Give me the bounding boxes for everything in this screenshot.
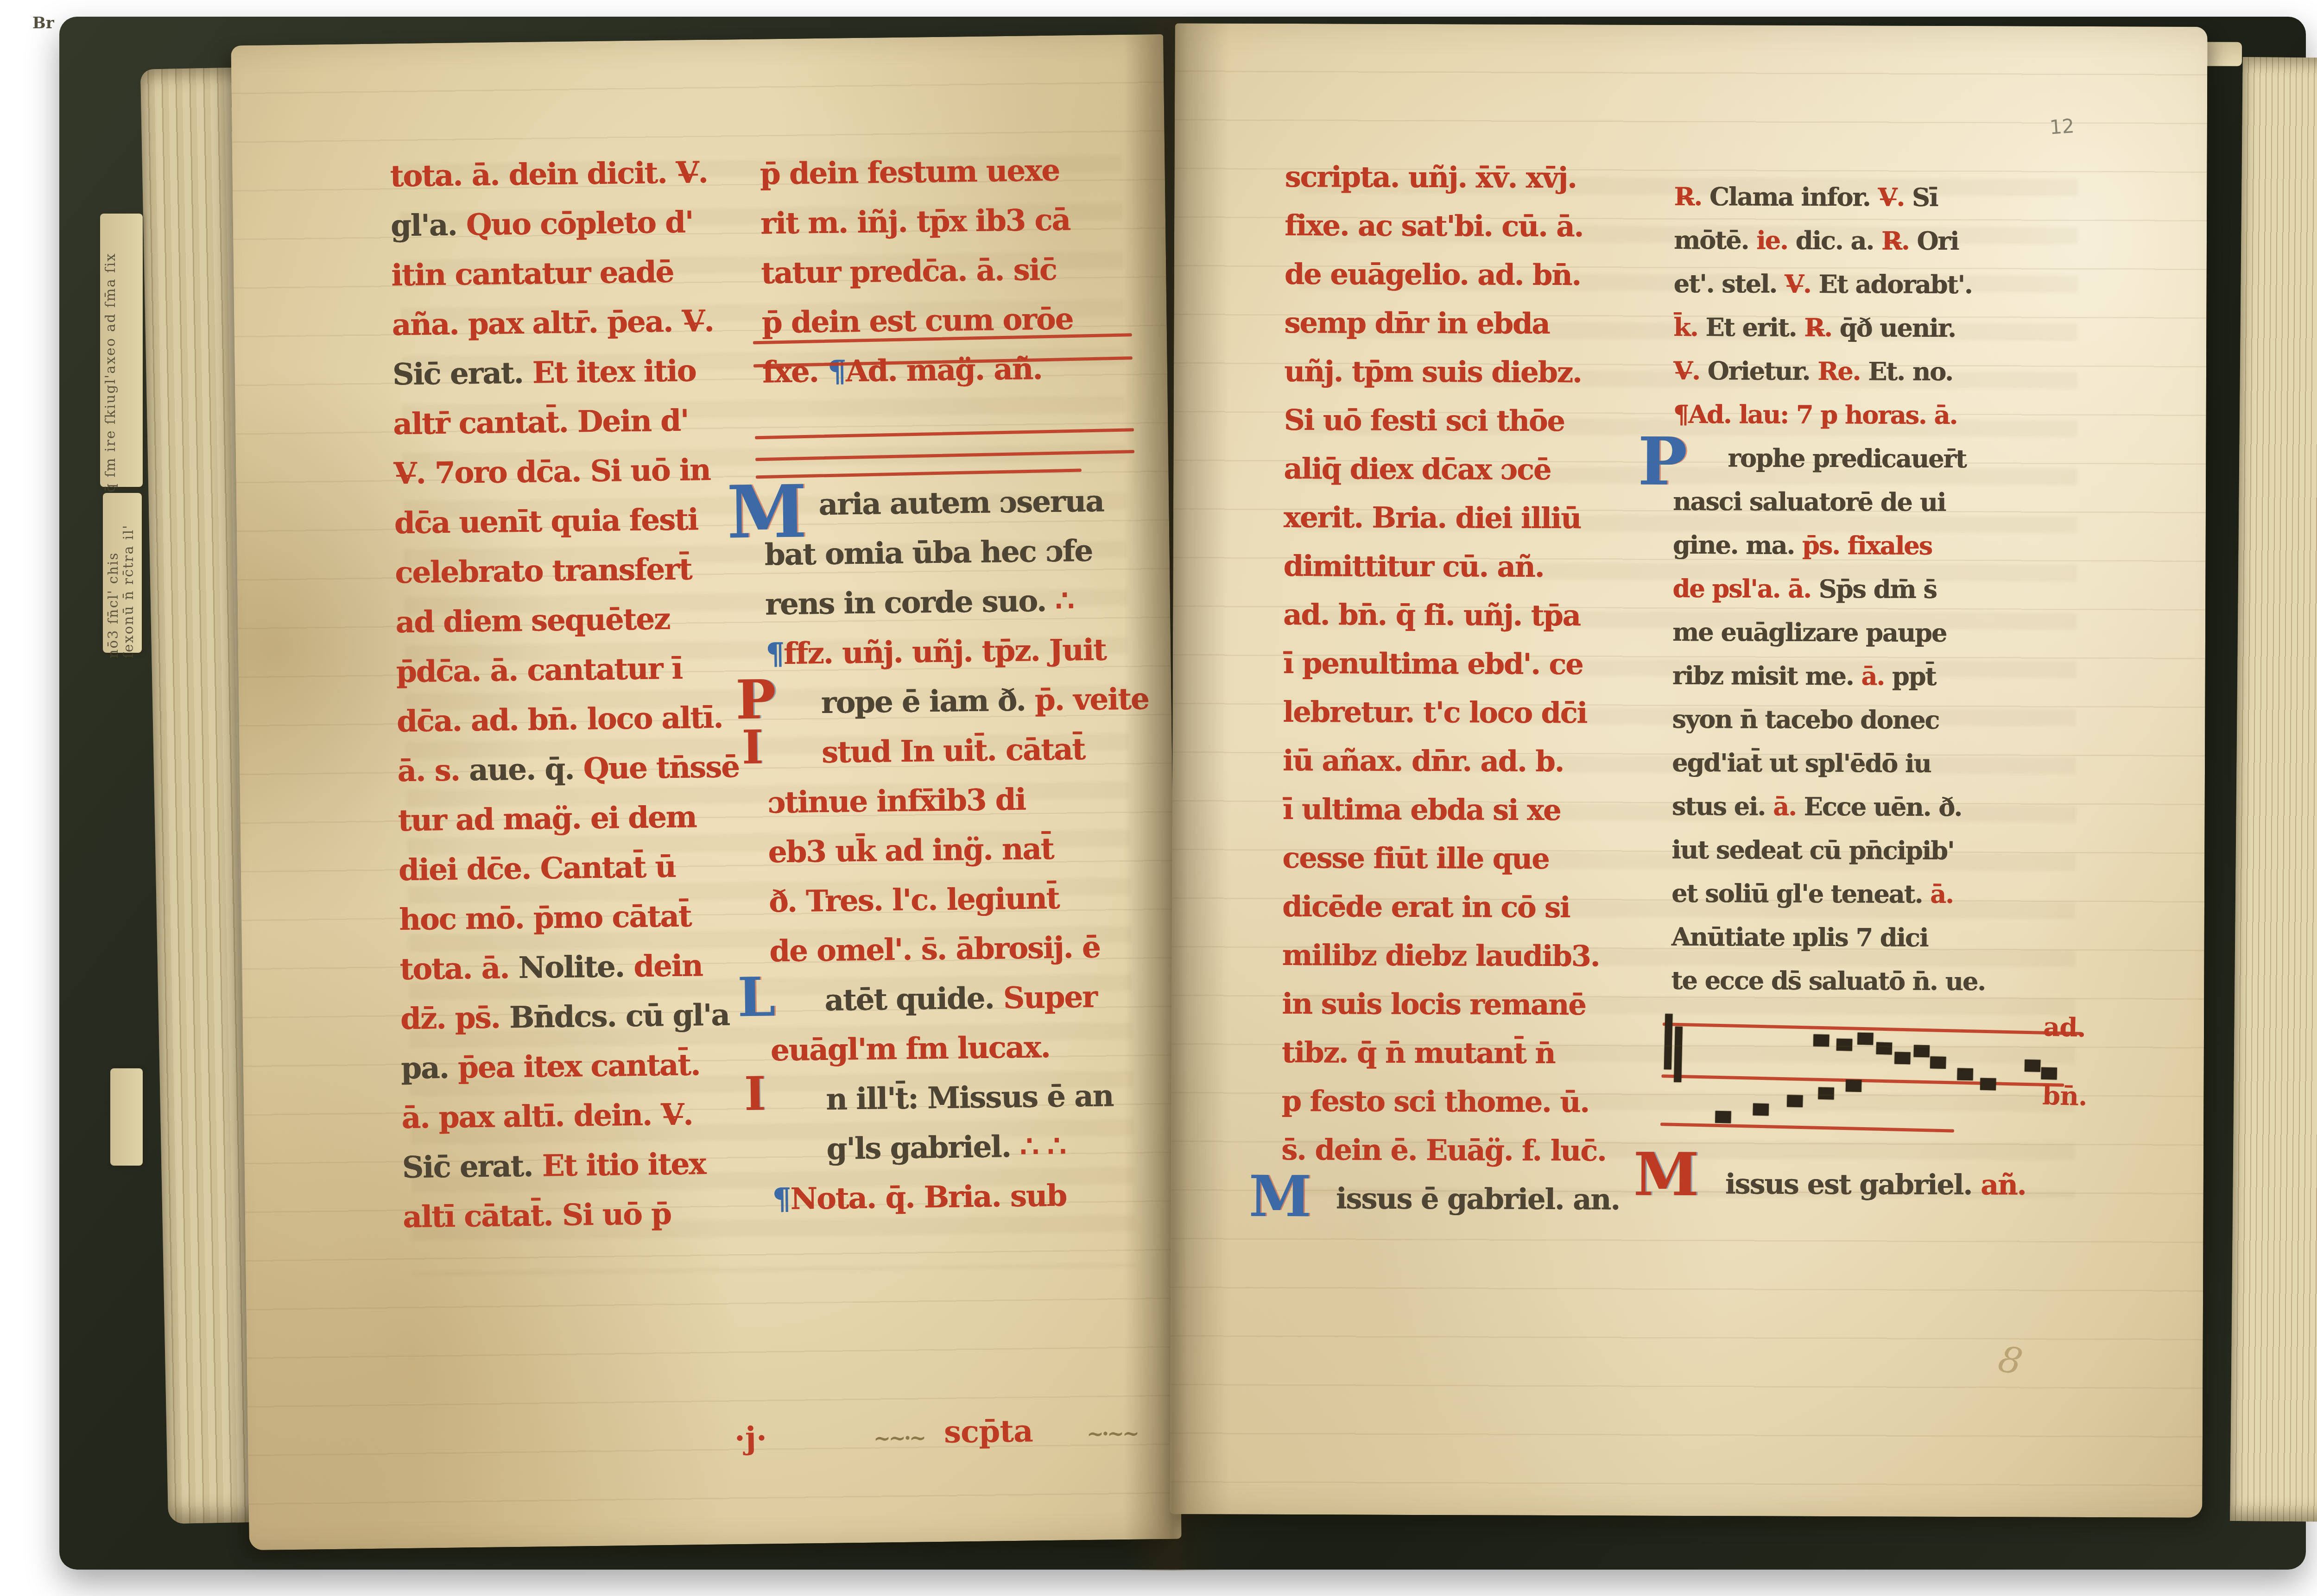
text-line: rens in corde suo. ∴ [765,575,1141,630]
text-segment: gl'a. [391,208,467,243]
left-page: tota. ā. dein dicit. V̶.gl'a. Quo cōplet… [231,34,1182,1550]
text-segment: bat omia ūba hec ɔfe [764,534,1092,573]
text-segment: dic. a. [1795,226,1881,256]
text-line: tur ad mag̈. ei dem [398,791,769,845]
text-segment: atēt quide. [824,981,1003,1018]
text-line: diei dc̄e. Cantat̄ ū [398,841,769,895]
text-segment: rophe predicauer̄t [1728,443,1966,473]
text-segment: rope ē iam ð. [821,683,1035,720]
text-segment: R̶. [1674,182,1709,211]
text-line: Sic̄ erat. Et itio itex [402,1138,773,1192]
neume-note [1674,1027,1683,1082]
page-edges-right [2230,57,2317,1522]
text-segment: euāgl'm fm lucax. [770,1030,1050,1068]
text-line: ā. s. aue. q̄. Que tn̄ssē [397,742,768,796]
text-segment: et soliū gl'e teneat. [1671,878,1930,909]
text-line: stud In uit̄. cātat̄ [766,724,1143,778]
text-segment: issus ē gabriel. an. [1336,1181,1620,1216]
text-line: in suis locis remanē [1282,979,1657,1029]
text-line: et'. stel. V̶. Et adorabt'. [1674,262,2091,307]
text-line: fixe. ac sat'bi. cū. ā. [1285,201,1660,251]
staff-rubric-label: ad. [2043,1012,2086,1043]
text-segment: p̄ea itex cantat̄. [458,1047,700,1085]
text-line: ¶Ad. lau: 7 p horas. ā. [1673,392,2090,437]
text-line: de psl'a. ā. Sp̄s dm̄ s̄ [1672,567,2089,612]
text-line: ī penultima ebd'. ce [1283,639,1659,689]
text-line: de euāgelio. ad. bn̄. [1285,250,1660,300]
text-line: syon n̄ tacebo donec [1672,697,2089,742]
fore-edge-tab [110,1068,143,1166]
text-line: Si uō festi sci thōe [1284,396,1659,446]
text-segment: Et adorabt'. [1818,269,1972,299]
text-line: itin cantatur eadē [391,246,762,300]
text-line: tota. ā. Nolite. dein [399,940,771,994]
text-line: me euāglizare paupe [1672,610,2089,655]
text-line: celebrato transfert̄ [395,543,766,598]
text-segment: Clama infor. [1709,182,1878,212]
text-segment: stus ei. [1672,791,1773,821]
text-segment: itin cantatur eadē [391,255,674,293]
folio-number: 12 [2049,114,2075,139]
text-segment: Ori [1917,226,1958,256]
text-segment: pa. [401,1051,458,1086]
staff-line [753,356,1133,367]
pen-squiggle: ~·~~ [1087,1422,1138,1446]
text-line: issus ē gabriel. an. [1281,1174,1657,1224]
text-segment: ∴ ∴ [1020,1129,1066,1164]
neume-note [1753,1104,1769,1116]
text-line: hoc mō. p̄mo cātat̄ [399,890,770,945]
text-segment: ad diem sequētez [395,602,670,640]
text-line: te ecce ds̄ saluatō n̄. ue. [1671,959,2088,1003]
text-segment: q̄ð uenir. [1839,313,1955,343]
text-segment: rit m. iñj. tp̄x ib3 cā [760,202,1070,241]
illuminated-initial-I-inillud: I [744,1070,766,1117]
text-line: eb3 uk̄ ad ing̈. nat̄ [768,823,1145,877]
text-segment: aña. pax altr̄. p̄ea. V̶. [392,304,714,342]
text-line: issus est gabriel. añ. [1671,1161,2088,1209]
text-segment: Anūtiate ıplis 7 dici [1671,922,1928,953]
text-segment: R̶. [1804,313,1840,342]
text-segment: Si uō festi sci thōe [1284,403,1564,438]
pen-squiggle: ~~·~ [874,1426,925,1450]
text-segment: p̄ dein festum uexe [760,153,1059,192]
text-segment: p̄dc̄a. ā. cantatur ī [396,651,682,690]
text-segment: s̄. dein ē. Euāg̈. f. luc̄. [1281,1133,1606,1167]
text-segment: R̶. [1881,226,1917,255]
text-line: stus ei. ā. Ecce uēn. ð. [1672,784,2089,829]
text-segment: de euāgelio. ad. bn̄. [1285,257,1581,292]
text-line: de omel'. s̄. ābrosij. ē [769,922,1146,976]
neume-note [2041,1067,2057,1080]
text-segment: fixe. ac sat'bi. cū. ā. [1285,208,1583,243]
text-line: altī cātat̄. Si uō p̄ [403,1188,774,1242]
right-column-2-final-line: issus est gabriel. añ. [1671,1161,2088,1209]
text-segment: Re. [1817,356,1868,386]
text-segment: k̄. [1673,312,1705,342]
neume-note [1786,1095,1803,1107]
text-segment: Sic̄ erat. [392,356,532,392]
text-segment: ¶ [772,1182,791,1217]
empty-music-staff [753,333,1135,480]
text-segment: tatur predc̄a. ā. sic̄ [761,252,1057,291]
text-segment: dc̄a uenīt quia festi [394,502,698,541]
text-segment: V̶. [1673,356,1708,385]
text-segment: Que tn̄ssē [583,750,739,786]
text-line: ad diem sequētez [395,593,766,647]
text-line: n ill't̄: Missus ē an [771,1071,1147,1125]
text-segment: iut sedeat cū pn̄cipib' [1671,835,1954,865]
text-line: rophe predicauer̄t [1673,436,2090,481]
text-segment: cesse fiūt ille que [1282,841,1549,876]
text-line: pa. p̄ea itex cantat̄. [401,1039,772,1093]
text-segment: Et erit. [1705,312,1804,342]
text-line: p̄dc̄a. ā. cantatur ī [396,643,767,697]
text-line: lebretur. t'c loco dc̄i [1283,688,1658,738]
text-line: semp dn̄r in ebda [1284,298,1659,348]
right-column-1: scripta. uñj. x̄v̄. xv̄j.fixe. ac sat'bi… [1281,152,1660,1224]
staff-line [1660,1123,1954,1132]
neume-note [1857,1033,1874,1045]
text-line: iut sedeat cū pn̄cipib' [1671,828,2089,873]
neume-note [1957,1068,1973,1081]
text-line: altr̄ cantat̄. Dein d' [393,395,764,449]
text-line: aria autem ɔserua [764,476,1140,530]
text-segment: ie. [1756,226,1796,255]
neume-note [1876,1042,1892,1055]
text-segment: Bn̄dcs. cū gl'a [509,997,729,1035]
text-segment: dein [633,948,703,984]
text-segment: ffz. uñj. uñj. tp̄z. Juit [784,632,1106,671]
neume-note [1813,1035,1830,1047]
neume-note [1846,1079,1862,1092]
text-segment: añ. [1981,1169,2026,1201]
text-segment: ¶ [766,637,784,671]
text-line: ribz misit me. ā. ppt̄ [1672,654,2089,699]
text-line: ð. Tres. l'c. legiunt̄ [768,872,1145,927]
text-line: dz̄. ps̄. Bn̄dcs. cū gl'a [400,990,771,1044]
text-segment: ā. [1861,661,1892,691]
quire-signature: ·j· [734,1420,767,1457]
text-line: dicēde erat in cō si [1282,882,1658,932]
text-segment: aria autem ɔserua [818,484,1104,522]
text-segment: lebretur. t'c loco dc̄i [1283,695,1587,730]
music-staff-with-neumes: ad. bn̄. [1660,1007,2083,1137]
text-line: mōtē. ie. dic. a. R̶. Ori [1674,218,2091,263]
text-segment: ¶Ad. lau: 7 p horas. ā. [1673,399,1957,430]
text-segment: dicēde erat in cō si [1282,889,1570,924]
text-line: gl'a. Quo cōpleto d' [390,196,761,251]
fore-edge-tab: q̄ ſm ire ſkiugl'axeo ad ſm̄a ſix [100,214,143,487]
text-segment: dz̄. ps̄. [400,1000,509,1036]
text-segment: ppt̄ [1892,662,1936,691]
illuminated-initial-I-istud: I [741,724,764,770]
text-segment: ribz misit me. [1672,661,1861,691]
text-segment: me euāglizare paupe [1672,617,1946,648]
staff-rubric-label: bn̄. [2042,1080,2088,1112]
text-segment: scripta. uñj. x̄v̄. xv̄j. [1285,160,1576,195]
text-segment: p̄. veite [1034,681,1149,718]
text-segment: gine. ma. [1673,530,1802,560]
neume-note [1715,1111,1731,1123]
text-segment: iū añax. dn̄r. ad. b. [1283,744,1564,778]
text-line: tota. ā. dein dicit. V̶. [390,147,761,201]
text-line: ɔtinue infx̄ib3 di [767,773,1144,827]
text-segment: ð. Tres. l'c. legiunt̄ [768,881,1059,920]
text-line: dc̄a uenīt quia festi [394,494,765,548]
text-line: rit m. iñj. tp̄x ib3 cā [760,195,1137,249]
right-page: 12 scripta. uñj. x̄v̄. xv̄j.fixe. ac sat… [1170,23,2207,1518]
text-line: tatur predc̄a. ā. sic̄ [761,244,1138,298]
text-line: ¶ffz. uñj. uñj. tp̄z. Juit [766,625,1142,679]
left-column-1: tota. ā. dein dicit. V̶.gl'a. Quo cōplet… [390,147,774,1242]
text-line: et soliū gl'e teneat. ā. [1671,871,2089,916]
text-segment: de omel'. s̄. ābrosij. ē [769,930,1100,969]
text-line: egd'iat̄ ut spl'ēdō iu [1672,741,2089,786]
neume-note [1930,1056,1946,1069]
text-line: ī ultima ebda si xe [1283,785,1658,835]
text-segment: diei dc̄e. Cantat̄ ū [399,850,676,888]
text-segment: te ecce ds̄ saluatō n̄. ue. [1671,965,1985,996]
text-segment: ī ultima ebda si xe [1283,792,1561,827]
text-segment: ɔtinue infx̄ib3 di [767,782,1026,820]
text-line: R̶. Clama infor. V̶. Sī [1674,175,2091,220]
text-segment: Sic̄ erat. [402,1148,542,1185]
text-segment: dc̄a. ad. bn̄. loco altī. [397,700,723,739]
text-segment: ad. bn̄. q̄ fi. uñj. tp̄a [1283,598,1580,632]
text-segment: altī cātat̄. Si uō p̄ [403,1197,671,1235]
text-line: uñj. tp̄m suis diebz. [1284,347,1659,397]
text-segment: Nolite. [518,949,634,985]
text-line: Anūtiate ıplis 7 dici [1671,915,2089,960]
text-line: ā. pax altī. dein. V̶. [401,1089,772,1143]
text-segment: V̶. 7oro dc̄a. Si uō in [393,453,710,491]
text-segment: n ill't̄: Missus ē an [826,1079,1114,1117]
text-line: g'ls gabriel. ∴ ∴ [772,1120,1148,1174]
text-line: ad. bn̄. q̄ fi. uñj. tp̄a [1283,590,1659,640]
right-column-2: R̶. Clama infor. V̶. Sīmōtē. ie. dic. a.… [1671,175,2091,1003]
text-line: iū añax. dn̄r. ad. b. [1283,736,1658,786]
manuscript-photograph: Br q̄ ſm ire ſkiugl'axeo ad ſm̄a ſix nō3… [0,0,2317,1596]
text-segment: p̄ dein est cum orōe [761,302,1073,340]
neume-note [1913,1045,1930,1057]
text-segment: rens in corde suo. [765,584,1056,622]
text-segment: ā. [1930,879,1953,909]
text-segment: Sī [1912,183,1938,212]
text-line: tibz. q̄ n̄ mutant̄ n̄ [1282,1028,1657,1078]
staff-line [1661,1074,2064,1087]
faint-pen-curl: 8 [1995,1338,2026,1383]
text-segment: ā. pax altī. dein. V̶. [401,1097,693,1135]
text-segment: eb3 uk̄ ad ing̈. nat̄ [768,832,1054,870]
text-segment: g'ls gabriel. [826,1129,1020,1167]
text-segment: de psl'a. ā. [1672,574,1819,604]
text-segment: aue. q̄. [469,751,583,788]
text-line: rope ē iam ð. p̄. veite [766,674,1143,728]
corner-pencil-mark: Br [32,14,54,32]
text-line: milibz diebz laudib3. [1282,931,1657,981]
catchword: scp̄ta [943,1413,1033,1450]
text-line: ¶Nota. q̄. Bria. sub [772,1170,1149,1224]
text-line: p̄ dein festum uexe [760,145,1136,199]
text-segment: stud In uit̄. cātat̄ [822,732,1085,770]
neume-note [1664,1014,1672,1069]
text-segment: ā. [1773,792,1804,821]
text-line: k̄. Et erit. R̶. q̄ð uenir. [1673,305,2090,350]
text-line: nasci saluatorē de ui [1673,479,2090,524]
text-segment: celebrato transfert̄ [395,552,692,590]
text-segment: Ecce uēn. ð. [1804,792,1962,822]
text-line: aña. pax altr̄. p̄ea. V̶. [392,296,763,350]
text-line: cesse fiūt ille que [1282,833,1658,883]
staff-line [755,450,1134,461]
text-segment: tota. ā. [399,951,519,987]
text-line: V̶. Orietur. Re. Et. no. [1673,349,2090,394]
text-line: gine. ma. p̄s. fixales [1673,523,2090,568]
text-segment: syon n̄ tacebo donec [1672,704,1939,735]
text-segment: uñj. tp̄m suis diebz. [1284,354,1582,389]
text-segment: Et. no. [1868,356,1953,386]
fore-edge-tab-script: q̄ ſm ire ſkiugl'axeo ad ſm̄a ſix [100,214,121,498]
text-segment: mōtē. [1674,225,1756,255]
text-segment: Et itio itex [542,1147,705,1183]
text-segment: tibz. q̄ n̄ mutant̄ n̄ [1282,1035,1555,1070]
text-segment: Sp̄s dm̄ s̄ [1819,574,1937,604]
text-line: scripta. uñj. x̄v̄. xv̄j. [1285,152,1660,202]
text-segment: ∴ [1055,583,1074,618]
text-segment: p festo sci thome. ū. [1281,1084,1589,1119]
text-segment: altr̄ cantat̄. Dein d' [393,403,689,442]
neume-note [1836,1039,1852,1051]
text-segment: Et itex itio [532,353,696,390]
text-line: dimittitur cū. añ. [1283,542,1659,592]
neume-note [1980,1078,1996,1091]
text-segment: tota. ā. dein dicit. V̶. [390,155,708,194]
neume-note [2025,1060,2041,1072]
text-line: Sic̄ erat. Et itex itio [392,345,763,399]
text-segment: egd'iat̄ ut spl'ēdō iu [1672,748,1931,778]
text-segment: Quo cōpleto d' [466,205,693,242]
quire-signature-and-catchword: ·j· ~~·~ scp̄ta ~·~~ [734,1411,1161,1472]
text-segment: aliq̄ diex dc̄ax ɔcē [1284,452,1551,486]
text-segment: tur ad mag̈. ei dem [398,800,696,838]
text-segment: ā. s. [397,753,469,789]
text-segment: p̄s. fixales [1802,530,1932,561]
text-line: dc̄a. ad. bn̄. loco altī. [396,692,767,746]
text-line: s̄. dein ē. Euāg̈. f. luc̄. [1281,1125,1657,1175]
text-line: atēt quide. Super [770,971,1146,1026]
text-line: bat omia ūba hec ɔfe [764,526,1141,580]
text-line: xerit. Bria. diei illiū [1284,493,1659,543]
text-segment: Nota. q̄. Bria. sub [790,1179,1066,1217]
text-line: p festo sci thome. ū. [1281,1077,1657,1127]
text-segment: V̶. [1785,269,1819,299]
neume-note [1818,1087,1835,1100]
text-segment: in suis locis remanē [1282,987,1586,1022]
left-column-2-bottom: aria autem ɔseruabat omia ūba hec ɔferen… [764,476,1149,1224]
text-line: V̶. 7oro dc̄a. Si uō in [393,444,765,498]
text-segment: Super [1003,980,1097,1016]
text-line: euāgl'm fm lucax. [770,1021,1147,1075]
text-segment: nasci saluatorē de ui [1673,486,1945,517]
text-segment: hoc mō. p̄mo cātat̄ [399,899,691,937]
text-segment: et'. stel. [1674,269,1785,299]
text-segment: V̶. [1878,182,1912,212]
fore-edge-tab: nō3 ſn̄cl' chis ſexonū n̄ rc̄tra il' [103,493,142,653]
text-segment: semp dn̄r in ebda [1284,306,1549,341]
text-line: aliq̄ diex dc̄ax ɔcē [1284,444,1659,494]
text-segment: issus est gabriel. [1725,1168,1981,1201]
text-segment: xerit. Bria. diei illiū [1284,500,1581,535]
neume-note [1894,1052,1911,1065]
text-segment: Orietur. [1707,356,1817,386]
text-segment: ī penultima ebd'. ce [1283,646,1583,681]
text-segment: dimittitur cū. añ. [1283,549,1544,584]
staff-line [755,428,1134,439]
fore-edge-tab-script: nō3 ſn̄cl' chis ſexonū n̄ rc̄tra il' [103,493,139,664]
illuminated-initial-M-missus: M [1249,1168,1311,1224]
text-segment: milibz diebz laudib3. [1282,938,1599,973]
illuminated-initial-P-prophete: P [1638,429,1687,495]
